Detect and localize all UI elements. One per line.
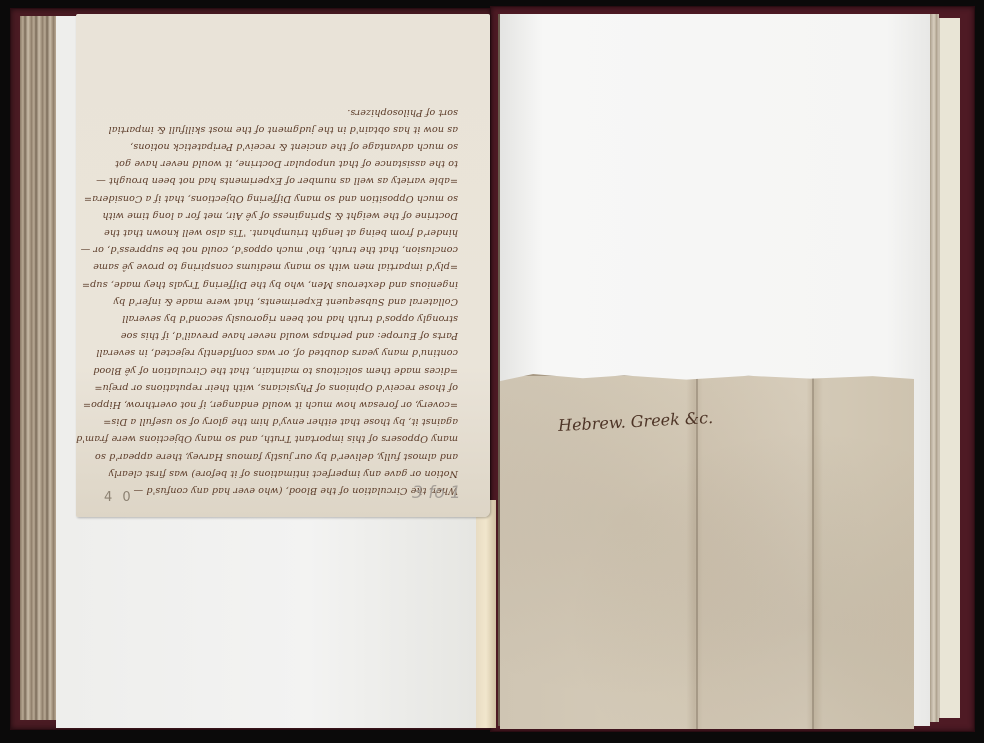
manuscript-sheet: When the Circulation of the Blood, (who … — [76, 14, 490, 517]
folio-number: 3 fo 1 — [412, 483, 461, 503]
manuscript-line: continu'd many years doubted of, or was … — [108, 344, 458, 361]
manuscript-line: many Opposers of this important Truth, a… — [108, 430, 458, 447]
manuscript-line: ingenious and dexterous Men, who by the … — [108, 275, 458, 292]
manuscript-line: to the assistance of that unpopular Doct… — [108, 155, 458, 172]
manuscript-line: hinder'd from being at length triumphant… — [108, 224, 458, 241]
page-block-edge-left — [20, 16, 59, 720]
manuscript-line: against it, by those that either envy'd … — [108, 413, 458, 430]
pencil-note: 4 0 — [104, 490, 134, 505]
manuscript-line: sort of Philosophizers. — [108, 103, 458, 120]
manuscript-line: Notion or gave any imperfect intimations… — [108, 465, 458, 482]
manuscript-body: When the Circulation of the Blood, (who … — [108, 103, 458, 499]
manuscript-line: When the Circulation of the Blood, (who … — [108, 482, 458, 499]
manuscript-line: as now it has obtain'd in the judgment o… — [108, 121, 458, 138]
manuscript-text-rotated: When the Circulation of the Blood, (who … — [76, 14, 490, 517]
manuscript-line: and almost fully, deliver'd by our justl… — [108, 447, 458, 464]
endpaper-right — [939, 18, 960, 718]
manuscript-line: of those receiv'd Opinions of Physicians… — [108, 379, 458, 396]
gutter-stub — [476, 500, 496, 728]
manuscript-line: so much Opposition and so many Differing… — [108, 189, 458, 206]
manuscript-line: Collateral and Subsequent Experiments, t… — [108, 293, 458, 310]
manuscript-line: =dices made them solicitous to maintain,… — [108, 361, 458, 378]
manuscript-line: =ply'd impartial men with so many medium… — [108, 258, 458, 275]
manuscript-line: =covery, or foresaw how much it would en… — [108, 396, 458, 413]
manuscript-line: strongly oppos'd truth had not been rigo… — [108, 310, 458, 327]
manuscript-line: conclusion, that the truth, tho' much op… — [108, 241, 458, 258]
manuscript-line: Doctrine of the weight & Springiness of … — [108, 207, 458, 224]
fold-line — [812, 376, 814, 729]
manuscript-line: Parts of Europe: and perhaps would never… — [108, 327, 458, 344]
manuscript-line: =able variety as well as number of Exper… — [108, 172, 458, 189]
manuscript-line: so much advantage of the ancient & recei… — [108, 138, 458, 155]
fold-line — [696, 376, 698, 729]
